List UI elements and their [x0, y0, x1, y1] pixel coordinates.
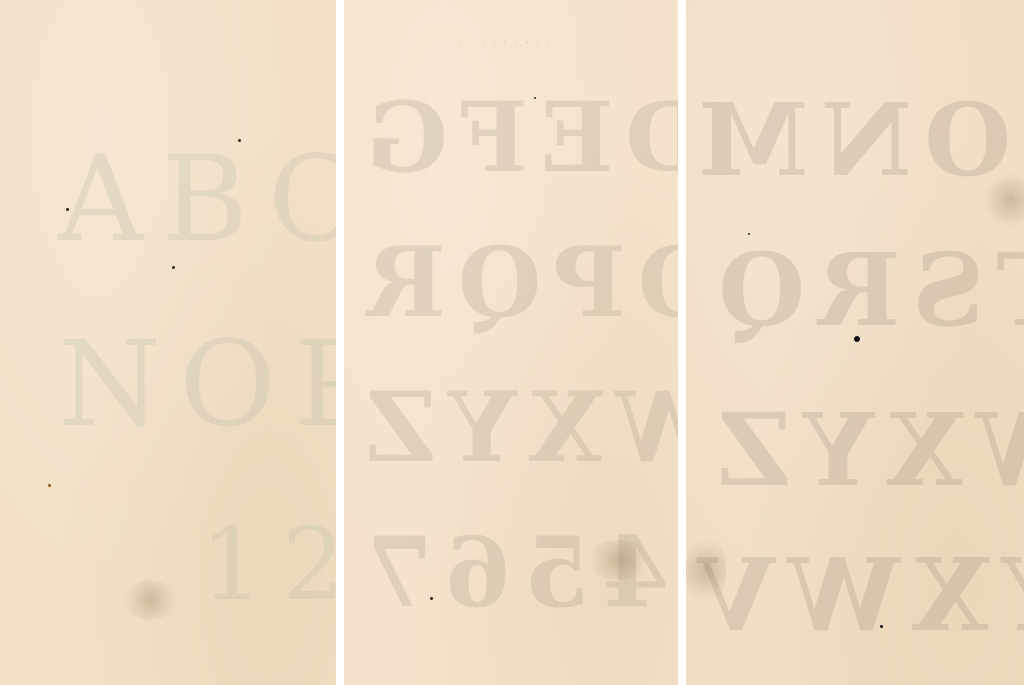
- ghost-letters-row-1: ZRQPONM: [686, 90, 1024, 190]
- ghost-letters-row-1: ABCD: [58, 140, 336, 258]
- paper-stain: [120, 580, 180, 620]
- ghost-letters-row-1: DEFG: [354, 90, 678, 186]
- paper-speck: [172, 266, 175, 269]
- panel-divider: [336, 0, 344, 685]
- paper-speck: [880, 625, 883, 628]
- ghost-numbers-row: 12 3 4: [200, 515, 336, 615]
- ghost-letters-row-2: NOPQR: [354, 235, 678, 331]
- ghost-letters-row-2: TSRQ: [706, 240, 1024, 340]
- paper-panel-middle: · · · · · · · · · DEFG NOPQR WXYZ 34567: [344, 0, 678, 685]
- paper-speck: [430, 597, 433, 600]
- paper-speck: [534, 97, 536, 99]
- paper-speck: [66, 208, 69, 211]
- panel-divider: [678, 0, 686, 685]
- paper-stain: [686, 530, 726, 610]
- paper-stain: [986, 170, 1024, 230]
- ghost-header-text: · · · · · · · · ·: [404, 36, 604, 49]
- paper-stain: [584, 540, 654, 580]
- paper-speck: [48, 484, 51, 487]
- ghost-letters-row-2: NOPQ: [58, 325, 336, 443]
- ghost-letters-row-3: WXYZ: [706, 400, 1024, 500]
- ghost-letters-row-4: ZYXWV: [686, 545, 1024, 645]
- ghost-letters-row-3: WXYZ: [354, 380, 678, 476]
- paper-speck: [854, 336, 860, 342]
- paper-speck: [748, 233, 750, 235]
- paper-speck: [238, 139, 241, 142]
- paper-panel-right: ZRQPONM TSRQ WXYZ ZYXWV: [686, 0, 1024, 685]
- paper-panel-left: ABCD NOPQ 12 3 4: [0, 0, 336, 685]
